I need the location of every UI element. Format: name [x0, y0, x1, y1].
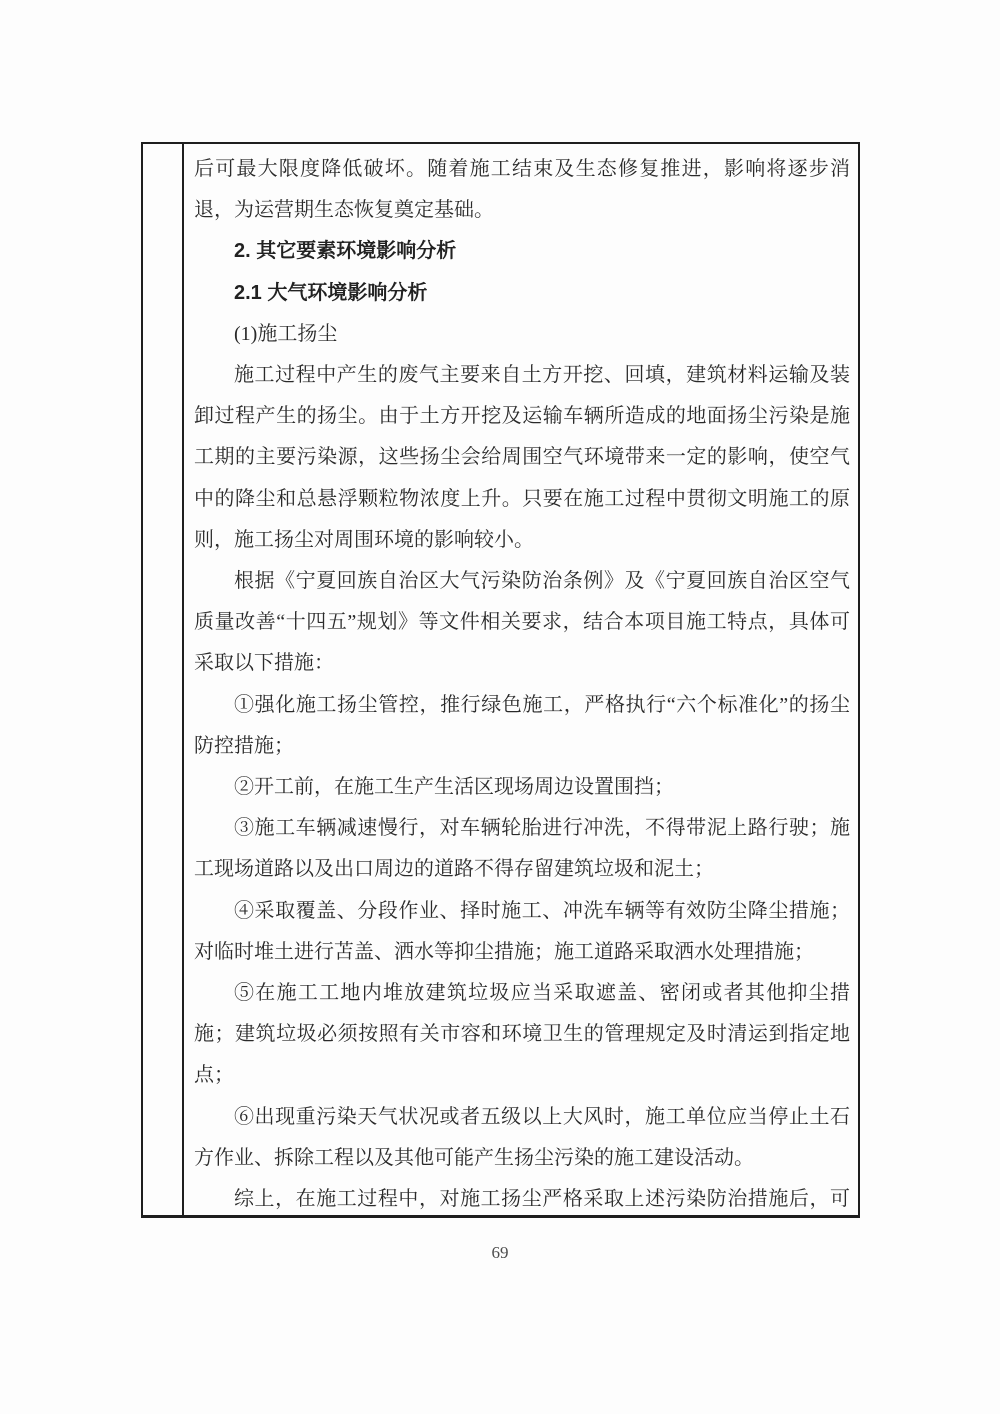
paragraph: ⑥出现重污染天气状况或者五级以上大风时，施工单位应当停止土石方作业、拆除工程以及…	[194, 1097, 850, 1179]
section-heading: 2.1 大气环境影响分析	[194, 273, 850, 314]
paragraph: ④采取覆盖、分段作业、择时施工、冲洗车辆等有效防尘降尘措施；对临时堆土进行苫盖、…	[194, 891, 850, 973]
paragraph: 后可最大限度降低破坏。随着施工结束及生态修复推进，影响将逐步消退，为运营期生态恢…	[194, 149, 850, 231]
table-left-column	[143, 144, 184, 1215]
paragraph: 综上，在施工过程中，对施工扬尘严格采取上述污染防治措施后，可有效控制施工扬尘污染…	[194, 1179, 850, 1215]
paragraph: (1)施工扬尘	[194, 314, 850, 355]
paragraph: ⑤在施工工地内堆放建筑垃圾应当采取遮盖、密闭或者其他抑尘措施；建筑垃圾必须按照有…	[194, 973, 850, 1097]
paragraph: 根据《宁夏回族自治区大气污染防治条例》及《宁夏回族自治区空气质量改善“十四五”规…	[194, 561, 850, 685]
paragraph: ②开工前，在施工生产生活区现场周边设置围挡；	[194, 767, 850, 808]
table-frame: 后可最大限度降低破坏。随着施工结束及生态修复推进，影响将逐步消退，为运营期生态恢…	[141, 142, 860, 1218]
section-heading: 2. 其它要素环境影响分析	[194, 231, 850, 272]
paragraph: 施工过程中产生的废气主要来自土方开挖、回填，建筑材料运输及装卸过程产生的扬尘。由…	[194, 355, 850, 561]
document-page: 后可最大限度降低破坏。随着施工结束及生态修复推进，影响将逐步消退，为运营期生态恢…	[0, 0, 1000, 1414]
table-content-cell: 后可最大限度降低破坏。随着施工结束及生态修复推进，影响将逐步消退，为运营期生态恢…	[184, 144, 858, 1215]
page-number: 69	[0, 1243, 1000, 1263]
paragraph: ①强化施工扬尘管控，推行绿色施工，严格执行“六个标准化”的扬尘防控措施；	[194, 685, 850, 767]
paragraph: ③施工车辆减速慢行，对车辆轮胎进行冲洗，不得带泥上路行驶；施工现场道路以及出口周…	[194, 808, 850, 890]
